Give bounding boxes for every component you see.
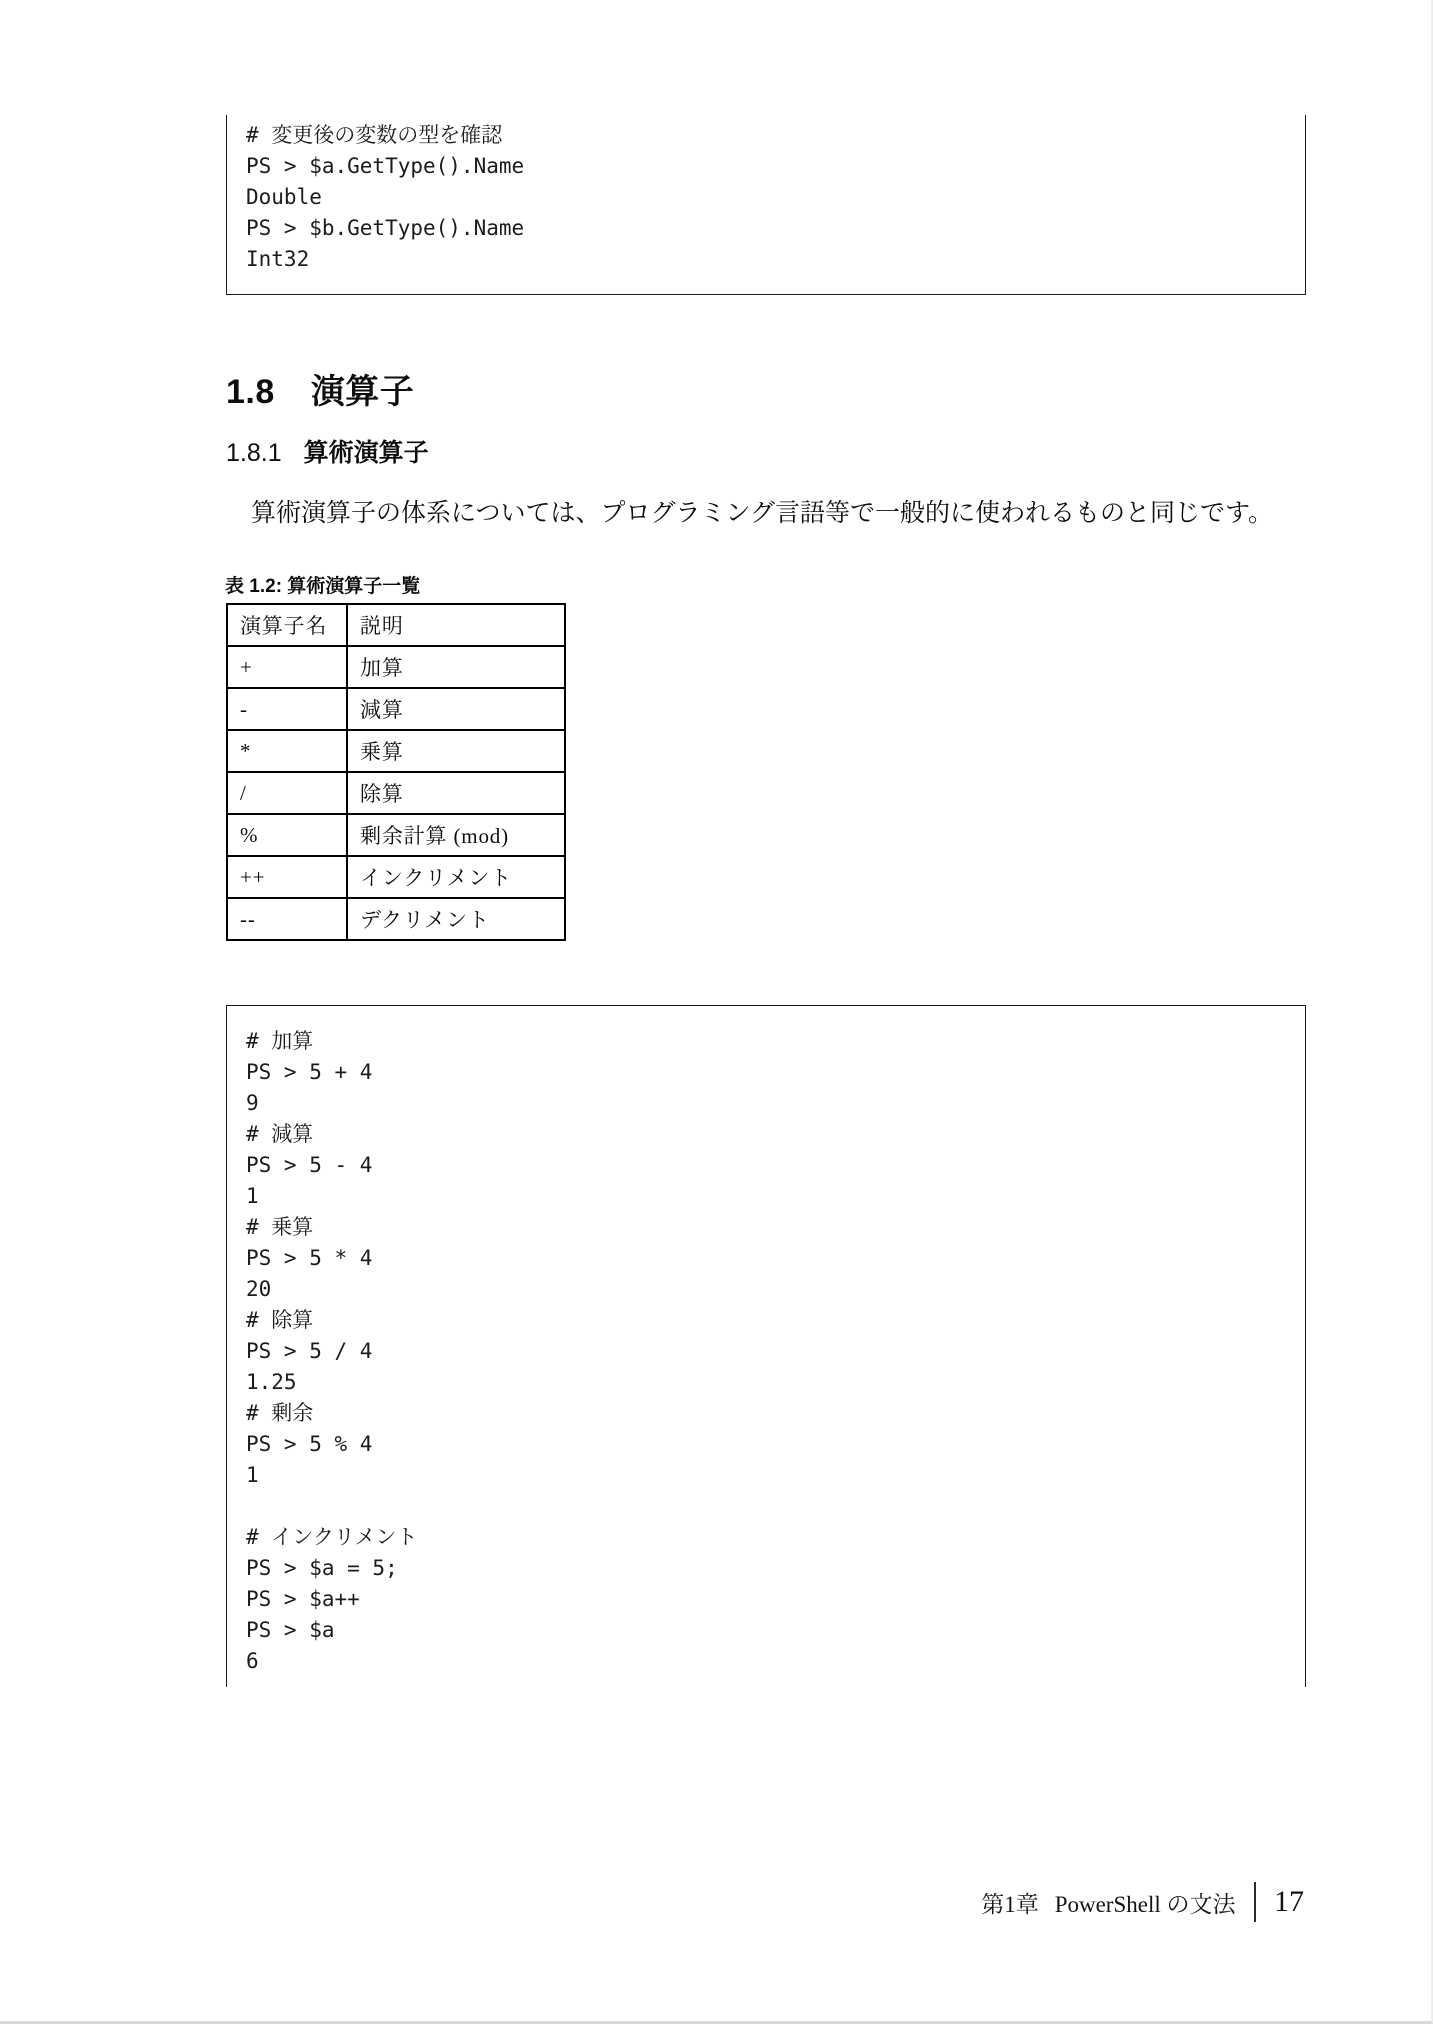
code-line: PS > $a <box>246 1615 1305 1646</box>
code-line: 1 <box>246 1460 1305 1491</box>
code-line: PS > $b.GetType().Name <box>246 213 1305 244</box>
table-header-row: 演算子名 説明 <box>227 604 565 646</box>
code-line: PS > 5 / 4 <box>246 1336 1305 1367</box>
code-line <box>246 1491 1305 1522</box>
description-cell: デクリメント <box>347 898 565 940</box>
code-block-arithmetic-examples: # 加算PS > 5 + 49# 減算PS > 5 - 41# 乗算PS > 5… <box>226 1005 1306 1687</box>
code-line: PS > 5 + 4 <box>246 1057 1305 1088</box>
table-row: *乗算 <box>227 730 565 772</box>
code-line: # インクリメント <box>246 1522 1305 1553</box>
operator-cell: / <box>227 772 347 814</box>
table-row: %剰余計算 (mod) <box>227 814 565 856</box>
code-line: Int32 <box>246 244 1305 275</box>
code-line: 1.25 <box>246 1367 1305 1398</box>
section-title: 演算子 <box>311 373 415 411</box>
document-page: # 変更後の変数の型を確認PS > $a.GetType().NameDoubl… <box>0 0 1433 2024</box>
table-row: ++インクリメント <box>227 856 565 898</box>
subsection-number: 1.8.1 <box>226 439 282 467</box>
code-line: # 減算 <box>246 1119 1305 1150</box>
code-line: # 除算 <box>246 1305 1305 1336</box>
body-paragraph: 算術演算子の体系については、プログラミング言語等で一般的に使われるものと同じです… <box>226 496 1306 531</box>
subsection-heading: 1.8.1算術演算子 <box>226 438 429 468</box>
description-cell: 剰余計算 (mod) <box>347 814 565 856</box>
operator-cell: ++ <box>227 856 347 898</box>
header-description: 説明 <box>347 604 565 646</box>
code-line: Double <box>246 182 1305 213</box>
footer-divider <box>1254 1882 1257 1922</box>
code-line: PS > $a++ <box>246 1584 1305 1615</box>
footer-title: PowerShell の文法 <box>1055 1886 1236 1919</box>
code-line: 9 <box>246 1088 1305 1119</box>
operator-cell: + <box>227 646 347 688</box>
code-line: # 加算 <box>246 1026 1305 1057</box>
footer-chapter: 第1章 <box>981 1886 1039 1919</box>
description-cell: 加算 <box>347 646 565 688</box>
table-row: -減算 <box>227 688 565 730</box>
page-footer: 第1章 PowerShell の文法 17 <box>981 1882 1304 1922</box>
code-line: PS > 5 * 4 <box>246 1243 1305 1274</box>
operator-cell: - <box>227 688 347 730</box>
code-line: # 乗算 <box>246 1212 1305 1243</box>
code-line: 1 <box>246 1181 1305 1212</box>
code-line: # 変更後の変数の型を確認 <box>246 120 1305 151</box>
description-cell: 減算 <box>347 688 565 730</box>
description-cell: 除算 <box>347 772 565 814</box>
operator-cell: * <box>227 730 347 772</box>
code-line: 20 <box>246 1274 1305 1305</box>
section-heading: 1.8演算子 <box>226 372 414 413</box>
description-cell: インクリメント <box>347 856 565 898</box>
page-number: 17 <box>1274 1885 1304 1919</box>
table-body: +加算-減算*乗算/除算%剰余計算 (mod)++インクリメント--デクリメント <box>227 646 565 940</box>
code-line: PS > 5 - 4 <box>246 1150 1305 1181</box>
header-operator-name: 演算子名 <box>227 604 347 646</box>
operators-table: 演算子名 説明 +加算-減算*乗算/除算%剰余計算 (mod)++インクリメント… <box>226 603 566 941</box>
code-block-variable-type-check: # 変更後の変数の型を確認PS > $a.GetType().NameDoubl… <box>226 115 1306 295</box>
code-line: # 剰余 <box>246 1398 1305 1429</box>
description-cell: 乗算 <box>347 730 565 772</box>
code-line: PS > $a = 5; <box>246 1553 1305 1584</box>
subsection-title: 算術演算子 <box>304 439 429 467</box>
section-number: 1.8 <box>226 373 275 411</box>
table-row: --デクリメント <box>227 898 565 940</box>
code-line: 6 <box>246 1646 1305 1677</box>
operator-cell: % <box>227 814 347 856</box>
table-caption: 表 1.2: 算術演算子一覧 <box>225 571 420 598</box>
table-row: +加算 <box>227 646 565 688</box>
code-line: PS > 5 % 4 <box>246 1429 1305 1460</box>
table-row: /除算 <box>227 772 565 814</box>
operator-cell: -- <box>227 898 347 940</box>
code-line: PS > $a.GetType().Name <box>246 151 1305 182</box>
